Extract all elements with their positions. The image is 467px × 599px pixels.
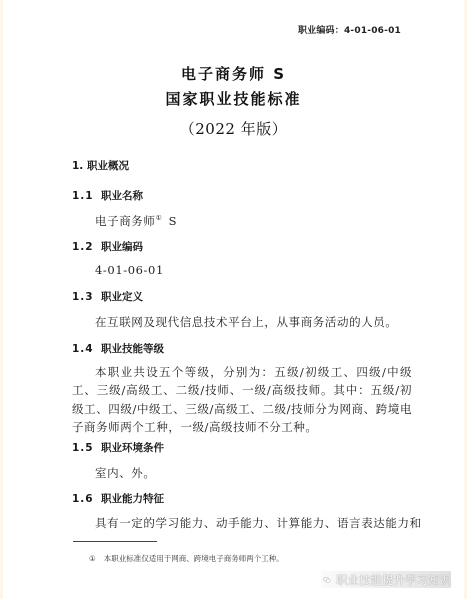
document-page: 职业编码：4-01-06-01 电子商务师 S 国家职业技能标准 （2022 年… <box>3 0 464 599</box>
section-number: 1.3 <box>72 291 101 303</box>
section-number: 1.6 <box>72 493 101 505</box>
section-heading-1-2: 1.2职业编码 <box>72 239 143 254</box>
watermark-text: 职业技能提升学习知识 <box>336 572 451 588</box>
section-title: 职业环境条件 <box>101 442 164 454</box>
section-heading-1-4: 1.4职业技能等级 <box>72 341 164 356</box>
footnote-text: 本职业标准仅适用于网商、跨境电子商务师两个工种。 <box>104 554 284 563</box>
section-title: 职业能力特征 <box>101 493 164 505</box>
section-heading-1-1: 1.1职业名称 <box>72 188 143 203</box>
section-title: 职业编码 <box>101 241 143 253</box>
document-edition: （2022 年版） <box>3 118 464 139</box>
work-environment: 室内、外。 <box>95 465 156 481</box>
wechat-icon <box>323 574 331 586</box>
section-title: 职业名称 <box>101 190 143 202</box>
section-number: 1.5 <box>72 442 101 454</box>
footnote: ①本职业标准仅适用于网商、跨境电子商务师两个工种。 <box>89 553 284 564</box>
occupation-name-text: 电子商务师 <box>95 214 156 228</box>
watermark: 职业技能提升学习知识 <box>321 571 451 588</box>
footnote-mark: ① <box>89 554 96 563</box>
section-heading-1-5: 1.5职业环境条件 <box>72 440 164 455</box>
skill-levels-paragraph: 本职业共设五个等级，分别为：五级/初级工、四级/中级工、三级/高级工、二级/技师… <box>72 363 412 436</box>
occupation-name-suffix: S <box>164 214 177 228</box>
document-title-line1: 电子商务师 S <box>3 63 464 84</box>
footnote-reference[interactable]: ① <box>156 214 163 222</box>
job-code-header: 职业编码：4-01-06-01 <box>298 23 401 36</box>
section-number: 1.4 <box>72 343 101 355</box>
section-title: 职业定义 <box>101 291 143 303</box>
occupation-code: 4-01-06-01 <box>95 263 164 277</box>
occupation-definition: 在互联网及现代信息技术平台上，从事商务活动的人员。 <box>95 314 398 330</box>
section-heading-1-6: 1.6职业能力特征 <box>72 491 164 506</box>
section-number: 1.1 <box>72 190 101 202</box>
ability-characteristics: 具有一定的学习能力、动手能力、计算能力、语言表达能力和 <box>95 515 422 531</box>
section-number: 1.2 <box>72 241 101 253</box>
footnote-divider <box>73 541 157 542</box>
section-heading-1-3: 1.3职业定义 <box>72 289 143 304</box>
occupation-name: 电子商务师① S <box>95 213 177 229</box>
document-title-line2: 国家职业技能标准 <box>3 88 464 109</box>
section-title: 职业技能等级 <box>101 343 164 355</box>
section-heading-1: 1. 职业概况 <box>72 158 129 173</box>
